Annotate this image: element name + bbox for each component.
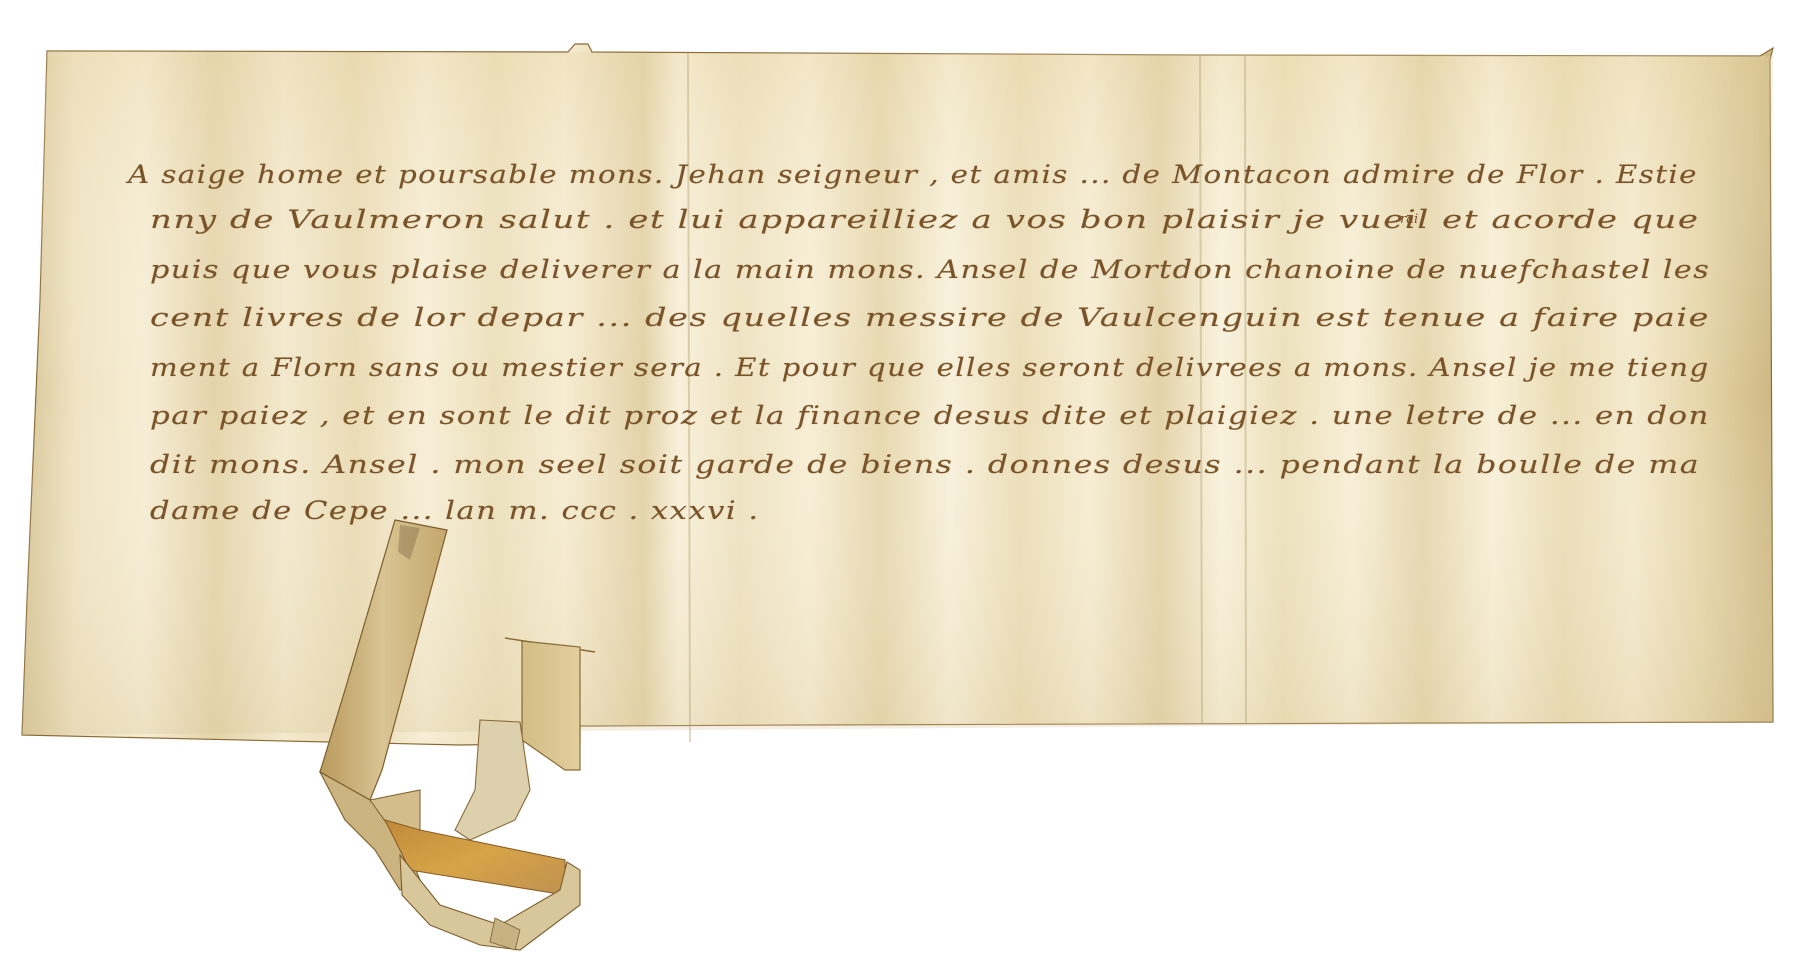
parchment-sheet (0, 0, 1814, 974)
document-photograph: A saige home et poursable mons. Jehan se… (0, 0, 1814, 974)
